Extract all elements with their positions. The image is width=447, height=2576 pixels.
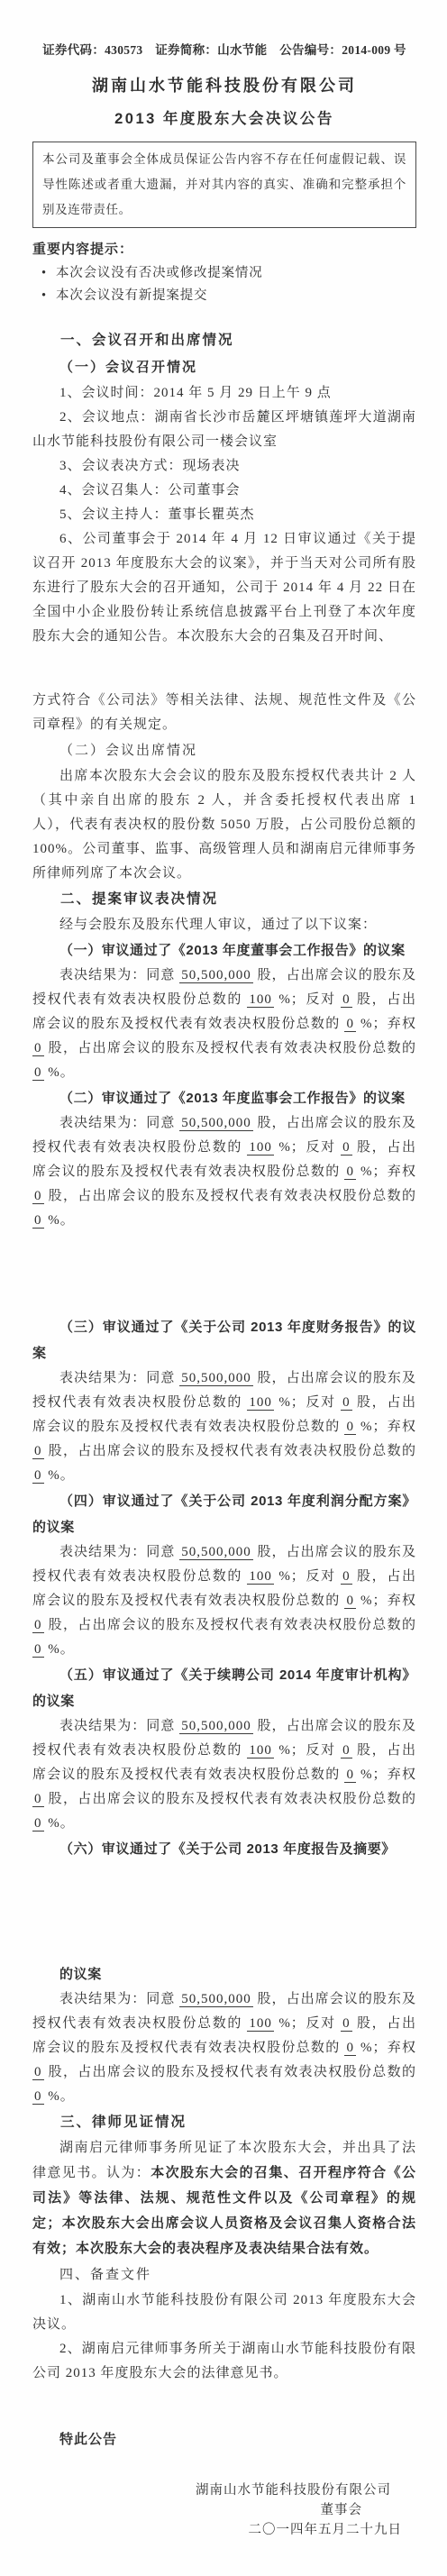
vote-text: %；弃权	[356, 1420, 416, 1434]
company-title: 湖南山水节能科技股份有限公司	[32, 74, 416, 97]
vote-result-paragraph: 表决结果为：同意 50,500,000 股，占出席会议的股东及授权代表有效表决权…	[32, 1366, 416, 1488]
agree-shares-value: 50,500,000	[179, 968, 253, 983]
vote-text: 股，占出席会议的股东及授权代表有效表决权股份总数的	[44, 1189, 417, 1203]
vote-text: %；弃权	[356, 1165, 416, 1179]
attendance-paragraph: 出席本次股东大会会议的股东及股东授权代表共计 2 人（其中亲自出席的股东 2 人…	[32, 764, 416, 886]
notice-item: •本次会议没有新提案提交	[32, 285, 416, 307]
vote-result-paragraph: 表决结果为：同意 50,500,000 股，占出席会议的股东及授权代表有效表决权…	[32, 1540, 416, 1662]
section2-intro: 经与会股东及股东代理人审议，通过了以下议案：	[32, 913, 416, 937]
security-code-line: 证券代码：430573 证券简称：山水节能 公告编号：2014-009 号	[32, 41, 416, 59]
disclaimer-box: 本公司及董事会全体成员保证公告内容不存在任何虚假记载、误导性陈述或者重大遗漏，并…	[32, 142, 416, 228]
vote-text: %；弃权	[356, 1768, 416, 1782]
section2-heading: 二、提案审议表决情况	[32, 886, 416, 913]
notice-item-text: 本次会议没有否决或修改提案情况	[56, 266, 263, 280]
oppose-shares-value: 0	[341, 1140, 352, 1156]
page-break-spacer	[32, 649, 416, 689]
vote-result-paragraph: 表决结果为：同意 50,500,000 股，占出席会议的股东及授权代表有效表决权…	[32, 964, 416, 1085]
abstain-shares-value: 0	[32, 1189, 44, 1204]
vote-text: %；反对	[274, 1743, 341, 1758]
disclaimer-text: 本公司及董事会全体成员保证公告内容不存在任何虚假记载、误导性陈述或者重大遗漏，并…	[42, 152, 406, 216]
oppose-percent-value: 0	[344, 2041, 356, 2056]
section4-heading: 四、备查文件	[32, 2261, 416, 2288]
bullet-icon: •	[41, 285, 56, 307]
agree-shares-value: 50,500,000	[179, 1545, 253, 1560]
document-item-2: 2、湖南启元律师事务所关于湖南山水节能科技股份有限公司 2013 年度股东大会的…	[32, 2337, 416, 2386]
meeting-notice-continued: 方式符合《公司法》等相关法律、法规、规范性文件及《公司章程》的有关规定。	[32, 689, 416, 737]
announce-closing: 特此公告	[32, 2427, 416, 2452]
abstain-percent-value: 0	[32, 1816, 44, 1832]
vote-result-paragraph: 表决结果为：同意 50,500,000 股，占出席会议的股东及授权代表有效表决权…	[32, 1714, 416, 1836]
vote-text: 股，占出席会议的股东及授权代表有效表决权股份总数的	[44, 1792, 417, 1806]
vote-text: %；反对	[274, 1569, 341, 1584]
oppose-percent-value: 0	[344, 1420, 356, 1435]
abstain-percent-value: 0	[32, 1065, 44, 1081]
vote-result-paragraph: 表决结果为：同意 50,500,000 股，占出席会议的股东及授权代表有效表决权…	[32, 1111, 416, 1233]
vote-text: %。	[44, 1468, 75, 1483]
vote-text: 股，占出席会议的股东及授权代表有效表决权股份总数的	[44, 1041, 417, 1055]
meeting-host-item: 5、会议主持人：董事长瞿英杰	[32, 503, 416, 527]
agree-percent-value: 100	[247, 1569, 274, 1585]
proposal-6-title-part1: （六）审议通过了《关于公司 2013 年度报告及摘要》	[32, 1836, 416, 1862]
meeting-convener-item: 4、会议召集人：公司董事会	[32, 479, 416, 503]
vote-text: 股，占出席会议的股东及授权代表有效表决权股份总数的	[44, 1618, 417, 1632]
bullet-icon: •	[41, 262, 56, 285]
abstain-shares-value: 0	[32, 1618, 44, 1633]
agree-shares-value: 50,500,000	[179, 1719, 253, 1734]
page-break-spacer	[32, 1233, 416, 1314]
oppose-shares-value: 0	[341, 1743, 352, 1758]
signature-block: 湖南山水节能科技股份有限公司 董事会 二〇一四年五月二十九日	[32, 2480, 416, 2540]
oppose-percent-value: 0	[344, 1594, 356, 1609]
meeting-vote-method-item: 3、会议表决方式：现场表决	[32, 454, 416, 479]
abstain-shares-value: 0	[32, 2065, 44, 2080]
meeting-time-item: 1、会议时间：2014 年 5 月 29 日上午 9 点	[32, 381, 416, 406]
vote-text: 股，占出席会议的股东及授权代表有效表决权股份总数的	[44, 1444, 417, 1458]
proposal-1-title: （一）审议通过了《2013 年度董事会工作报告》的议案	[32, 937, 416, 964]
section1-sub2-heading: （二）会议出席情况	[32, 737, 416, 764]
vote-text: 表决结果为：同意	[59, 968, 179, 982]
signature-company: 湖南山水节能科技股份有限公司	[32, 2480, 416, 2500]
vote-text: %。	[44, 2089, 75, 2104]
section1-heading: 一、会议召开和出席情况	[32, 327, 416, 354]
vote-text: %；弃权	[356, 2041, 416, 2055]
oppose-shares-value: 0	[341, 2016, 352, 2032]
agree-shares-value: 50,500,000	[179, 1371, 253, 1386]
proposal-5-title: （五）审议通过了《关于续聘公司 2014 年度审计机构》的议案	[32, 1662, 416, 1714]
vote-text: %；弃权	[356, 1017, 416, 1031]
vote-text: %；反对	[274, 992, 341, 1007]
abstain-shares-value: 0	[32, 1041, 44, 1056]
vote-text: 表决结果为：同意	[59, 1992, 179, 2006]
oppose-shares-value: 0	[341, 1569, 352, 1585]
vote-text: 表决结果为：同意	[59, 1116, 179, 1130]
signature-board: 董事会	[32, 2500, 416, 2520]
oppose-percent-value: 0	[344, 1165, 356, 1180]
proposal-2-title: （二）审议通过了《2013 年度监事会工作报告》的议案	[32, 1085, 416, 1111]
document-item-1: 1、湖南山水节能科技股份有限公司 2013 年度股东大会决议。	[32, 2288, 416, 2337]
vote-text: %。	[44, 1642, 75, 1657]
vote-result-paragraph: 表决结果为：同意 50,500,000 股，占出席会议的股东及授权代表有效表决权…	[32, 1987, 416, 2109]
signature-date: 二〇一四年五月二十九日	[32, 2520, 416, 2540]
agree-shares-value: 50,500,000	[179, 1992, 253, 2007]
lawyer-opinion-paragraph: 湖南启元律师事务所见证了本次股东大会，并出具了法律意见书。认为：本次股东大会的召…	[32, 2136, 416, 2261]
meeting-place-item: 2、会议地点：湖南省长沙市岳麓区坪塘镇莲坪大道湖南山水节能科技股份有限公司一楼会…	[32, 406, 416, 454]
proposal-6-title-part2: 的议案	[32, 1961, 416, 1987]
abstain-percent-value: 0	[32, 2089, 44, 2105]
abstain-percent-value: 0	[32, 1642, 44, 1658]
agree-percent-value: 100	[247, 992, 274, 1008]
vote-text: %；反对	[274, 2016, 341, 2031]
abstain-percent-value: 0	[32, 1213, 44, 1229]
section1-sub1-heading: （一）会议召开情况	[32, 354, 416, 381]
vote-text: %；反对	[274, 1140, 341, 1155]
vote-text: %。	[44, 1065, 75, 1080]
proposal-4-title: （四）审议通过了《关于公司 2013 年度利润分配方案》的议案	[32, 1488, 416, 1540]
abstain-percent-value: 0	[32, 1468, 44, 1484]
oppose-percent-value: 0	[344, 1768, 356, 1783]
notice-item-text: 本次会议没有新提案提交	[56, 288, 207, 303]
agree-shares-value: 50,500,000	[179, 1116, 253, 1131]
vote-text: %；反对	[274, 1395, 341, 1410]
agree-percent-value: 100	[247, 1743, 274, 1758]
vote-text: %；弃权	[356, 1594, 416, 1608]
proposal-3-title: （三）审议通过了《关于公司 2013 年度财务报告》的议案	[32, 1314, 416, 1366]
vote-text: %。	[44, 1213, 75, 1228]
notice-heading: 重要内容提示：	[32, 237, 416, 262]
meeting-notice-item: 6、公司董事会于 2014 年 4 月 12 日审议通过《关于提议召开 2013…	[32, 527, 416, 649]
vote-text: 表决结果为：同意	[59, 1371, 179, 1385]
agree-percent-value: 100	[247, 1140, 274, 1156]
vote-text: 表决结果为：同意	[59, 1719, 179, 1733]
vote-text: 表决结果为：同意	[59, 1545, 179, 1559]
vote-text: %。	[44, 1816, 75, 1831]
notice-item: •本次会议没有否决或修改提案情况	[32, 262, 416, 285]
spacer	[32, 307, 416, 327]
announcement-title: 2013 年度股东大会决议公告	[32, 108, 416, 130]
abstain-shares-value: 0	[32, 1792, 44, 1807]
abstain-shares-value: 0	[32, 1444, 44, 1459]
vote-text: 股，占出席会议的股东及授权代表有效表决权股份总数的	[44, 2065, 417, 2079]
agree-percent-value: 100	[247, 2016, 274, 2032]
announcement-document: 证券代码：430573 证券简称：山水节能 公告编号：2014-009 号 湖南…	[0, 0, 447, 2576]
oppose-percent-value: 0	[344, 1017, 356, 1032]
oppose-shares-value: 0	[341, 1395, 352, 1411]
section3-heading: 三、律师见证情况	[32, 2109, 416, 2136]
page-break-spacer	[32, 1862, 416, 1961]
agree-percent-value: 100	[247, 1395, 274, 1411]
oppose-shares-value: 0	[341, 992, 352, 1008]
